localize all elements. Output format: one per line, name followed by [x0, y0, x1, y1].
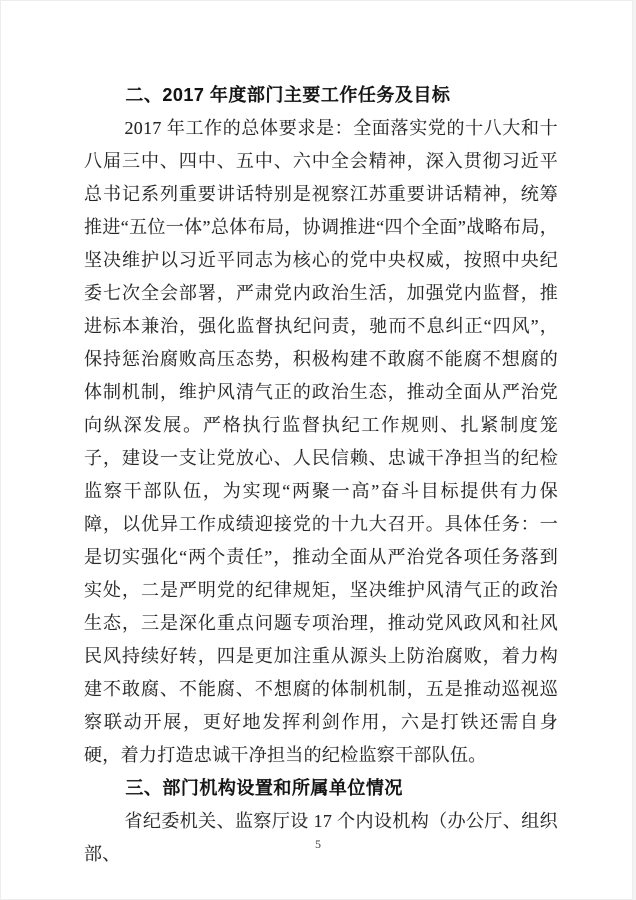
page-number: 5 — [0, 836, 636, 852]
section-tasks-paragraph: 2017 年工作的总体要求是：全面落实党的十八大和十八届三中、四中、五中、六中全… — [84, 112, 558, 772]
section-heading-org-structure: 三、部门机构设置和所属单位情况 — [84, 772, 558, 805]
document-page: 二、2017 年度部门主要工作任务及目标 2017 年工作的总体要求是：全面落实… — [0, 0, 636, 900]
section-heading-tasks-and-goals: 二、2017 年度部门主要工作任务及目标 — [84, 79, 558, 112]
document-content: 二、2017 年度部门主要工作任务及目标 2017 年工作的总体要求是：全面落实… — [84, 79, 558, 871]
